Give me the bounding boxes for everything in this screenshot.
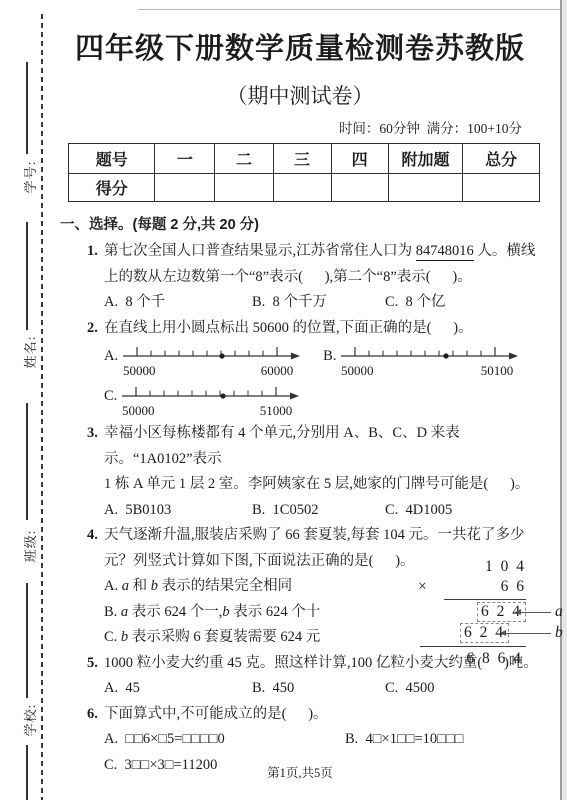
q3-option-a: A. 5B0103 — [104, 498, 252, 524]
calc-multiplicand: 1 0 4 — [416, 557, 526, 577]
q5-option-c: C. 4500 — [385, 676, 435, 702]
page-content: 四年级下册数学质量检测卷苏教版 （期中测试卷） 时间：60分钟 满分：100+1… — [60, 0, 540, 778]
question-3-number: 3. — [87, 421, 104, 523]
score-row-label: 得分 — [69, 174, 155, 202]
calc-partial-a-row: 6 2 4 a — [416, 602, 526, 623]
svg-text:51000: 51000 — [260, 403, 293, 418]
q5-option-a: A. 45 — [104, 676, 252, 702]
calc-partial-b-row: 6 2 4 b — [416, 623, 526, 644]
header-cell-bonus: 附加题 — [388, 144, 463, 174]
calc-label-b: b — [555, 623, 563, 643]
header-cell-3: 三 — [273, 144, 331, 174]
score-cell-2 — [215, 174, 273, 202]
q1-line1: 第七次全国人口普查结果显示,江苏省常住人口为 84748016 人。横线 — [104, 239, 540, 265]
calc-multiplier-row: × 6 6 — [416, 577, 526, 597]
class-fill-line — [26, 403, 28, 520]
number-line-b-dot — [444, 353, 449, 358]
q6-option-a: A. □□6×□5=□□□□0 — [104, 727, 345, 753]
page-subtitle: （期中测试卷） — [60, 80, 540, 110]
question-2: 2. 在直线上用小圆点标出 50600 的位置,下面正确的是( )。 A. 50… — [60, 316, 540, 422]
question-2-number: 2. — [87, 316, 104, 422]
q6-option-b: B. 4□×1□□=10□□□ — [345, 727, 463, 753]
name-fill-line — [26, 222, 28, 330]
section-title: 一、选择。(每题 2 分,共 20 分) — [60, 213, 540, 234]
question-1-number: 1. — [87, 239, 104, 316]
number-line-c: 50000 51000 — [120, 384, 300, 420]
arrow-to-a — [519, 612, 551, 613]
score-cell-1 — [155, 174, 215, 202]
q3-line2: 1 栋 A 单元 1 层 2 室。李阿姨家在 5 层,她家的门牌号可能是( )。 — [104, 472, 540, 498]
svg-text:60000: 60000 — [261, 363, 294, 378]
q1-line2: 上的数从左边数第一个“8”表示( ),第二个“8”表示( )。 — [104, 265, 540, 291]
arrow-to-b — [504, 633, 551, 634]
side-label-school: 学校: — [20, 690, 36, 750]
header-cell-2: 二 — [215, 144, 273, 174]
score-table-score-row: 得分 — [69, 174, 540, 202]
side-label-name: 姓名: — [20, 322, 36, 382]
calc-rule-1 — [444, 599, 526, 600]
question-5: 5. 1000 粒小麦大约重 45 克。照这样计算,100 亿粒小麦大约重( )… — [60, 651, 540, 702]
score-cell-total — [463, 174, 540, 202]
svg-text:50100: 50100 — [481, 363, 514, 378]
svg-text:50000: 50000 — [123, 363, 156, 378]
questions: 1. 第七次全国人口普查结果显示,江苏省常住人口为 84748016 人。横线 … — [60, 239, 540, 778]
question-5-number: 5. — [87, 651, 104, 702]
calc-label-a: a — [555, 602, 563, 622]
seal-dashed-line — [41, 14, 43, 800]
q2-option-c-label: C. — [104, 384, 117, 410]
scan-edge-right-light — [562, 0, 567, 800]
score-cell-bonus — [388, 174, 463, 202]
side-label-class: 班级: — [20, 516, 36, 576]
number-line-a: 50000 60000 — [121, 344, 301, 380]
q2-option-b-label: B. — [323, 344, 336, 370]
page-title: 四年级下册数学质量检测卷苏教版 — [60, 26, 540, 67]
header-cell-question-no: 题号 — [69, 144, 155, 174]
q2-number-line-row-1: A. 50000 60000 B. — [104, 341, 540, 381]
number-line-b: 50000 50100 — [339, 344, 519, 380]
q1-options: A. 8 个千 B. 8 个千万 C. 8 个亿 — [104, 290, 540, 316]
question-1: 1. 第七次全国人口普查结果显示,江苏省常住人口为 84748016 人。横线 … — [60, 239, 540, 316]
q3-option-b: B. 1C0502 — [252, 498, 385, 524]
header-cell-4: 四 — [331, 144, 388, 174]
time-score-info: 时间：60分钟 满分：100+10分 — [60, 117, 540, 137]
calc-rule-2 — [420, 646, 526, 647]
question-4-number: 4. — [87, 523, 104, 651]
score-cell-3 — [273, 174, 331, 202]
score-table: 题号 一 二 三 四 附加题 总分 得分 — [68, 143, 540, 202]
number-line-c-dot — [221, 393, 226, 398]
q1-option-c: C. 8 个亿 — [385, 290, 445, 316]
q1-underlined-number: 84748016 — [416, 243, 474, 261]
q6-stem: 下面算式中,不可能成立的是( )。 — [104, 702, 540, 728]
q3-line1: 幸福小区每栋楼都有 4 个单元,分别用 A、B、C、D 来表示。“1A0102”… — [104, 421, 540, 472]
school-fill-line — [26, 583, 28, 698]
q5-options: A. 45 B. 450 C. 4500 — [104, 676, 540, 702]
q1-option-b: B. 8 个千万 — [252, 290, 385, 316]
footer-page-number: 第1页,共5页 — [60, 763, 540, 781]
score-table-header-row: 题号 一 二 三 四 附加题 总分 — [69, 144, 540, 174]
exam-paper-page: { "page": { "title": "四年级下册数学质量检测卷苏教版", … — [0, 0, 567, 800]
svg-text:50000: 50000 — [122, 403, 155, 418]
header-cell-total: 总分 — [463, 144, 540, 174]
header-cell-1: 一 — [155, 144, 215, 174]
q5-option-b: B. 450 — [252, 676, 385, 702]
q3-options: A. 5B0103 B. 1C0502 C. 4D1005 — [104, 498, 540, 524]
q3-option-c: C. 4D1005 — [385, 498, 452, 524]
multiply-sign: × — [416, 577, 427, 597]
school-fill-line-2 — [26, 745, 28, 800]
q4-line1: 天气逐渐升温,服装店采购了 66 套夏装,每套 104 元。一共花了多少 — [104, 523, 540, 549]
question-4: 4. 天气逐渐升温,服装店采购了 66 套夏装,每套 104 元。一共花了多少 … — [60, 523, 540, 651]
calc-multiplier: 6 6 — [501, 577, 526, 597]
question-3: 3. 幸福小区每栋楼都有 4 个单元,分别用 A、B、C、D 来表示。“1A01… — [60, 421, 540, 523]
student-id-fill-line — [26, 62, 28, 154]
q6-options-row-1: A. □□6×□5=□□□□0 B. 4□×1□□=10□□□ — [104, 727, 540, 753]
q2-option-a-label: A. — [104, 344, 118, 370]
q2-stem: 在直线上用小圆点标出 50600 的位置,下面正确的是( )。 — [104, 316, 540, 342]
q5-stem: 1000 粒小麦大约重 45 克。照这样计算,100 亿粒小麦大约重( )吨。 — [104, 651, 540, 677]
side-label-student-id: 学号: — [20, 147, 36, 207]
number-line-a-dot — [220, 353, 225, 358]
q1-option-a: A. 8 个千 — [104, 290, 252, 316]
score-cell-4 — [331, 174, 388, 202]
svg-text:50000: 50000 — [341, 363, 374, 378]
q2-number-line-row-2: C. 50000 51000 — [104, 381, 540, 421]
